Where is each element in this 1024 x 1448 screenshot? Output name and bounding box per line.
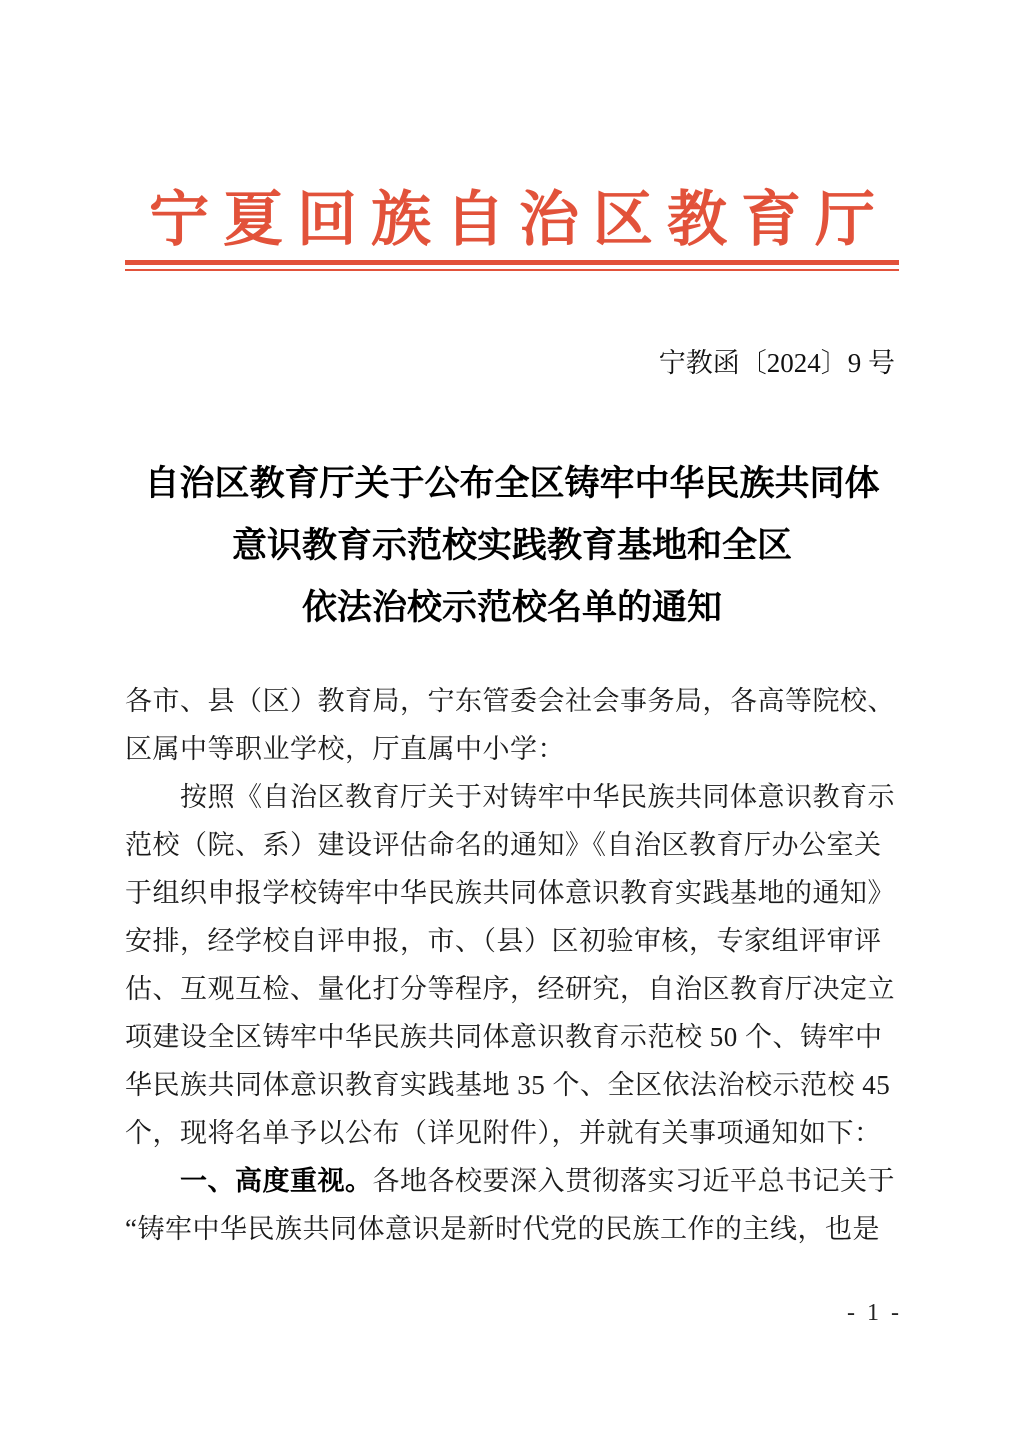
salutation-line: 各市、县（区）教育局，宁东管委会社会事务局，各高等院校、 — [125, 677, 899, 725]
document-title: 自治区教育厅关于公布全区铸牢中华民族共同体 意识教育示范校实践教育基地和全区 依… — [125, 453, 899, 639]
document-body: 各市、县（区）教育局，宁东管委会社会事务局，各高等院校、 区属中等职业学校，厅直… — [125, 677, 899, 1253]
salutation-line: 区属中等职业学校，厅直属中小学： — [125, 725, 899, 773]
paragraph-line: 项建设全区铸牢中华民族共同体意识教育示范校 50 个、铸牢中 — [125, 1013, 899, 1061]
paragraph-line: 安排，经学校自评申报，市、（县）区初验审核，专家组评审评 — [125, 917, 899, 965]
page-number: - 1 - — [847, 1300, 902, 1327]
document-page: 宁夏回族自治区教育厅 宁教函〔2024〕9 号 自治区教育厅关于公布全区铸牢中华… — [0, 0, 1024, 1448]
paragraph-line: 于组织申报学校铸牢中华民族共同体意识教育实践基地的通知》 — [125, 869, 899, 917]
paragraph-line: 按照《自治区教育厅关于对铸牢中华民族共同体意识教育示 — [125, 773, 899, 821]
paragraph-text: 各地各校要深入贯彻落实习近平总书记关于 — [373, 1166, 896, 1196]
letterhead-rule-thick — [125, 260, 899, 265]
section-heading-bold: 一、高度重视。 — [180, 1166, 373, 1196]
paragraph-line: 估、互观互检、量化打分等程序，经研究，自治区教育厅决定立 — [125, 965, 899, 1013]
letterhead-rule-thin — [125, 269, 899, 271]
agency-letterhead-title: 宁夏回族自治区教育厅 — [125, 183, 899, 257]
document-reference-number: 宁教函〔2024〕9 号 — [125, 345, 899, 381]
paragraph-line: 范校（院、系）建设评估命名的通知》《自治区教育厅办公室关 — [125, 821, 899, 869]
document-title-line-2: 意识教育示范校实践教育基地和全区 — [125, 515, 899, 577]
paragraph-line: 华民族共同体意识教育实践基地 35 个、全区依法治校示范校 45 — [125, 1061, 899, 1109]
document-title-line-1: 自治区教育厅关于公布全区铸牢中华民族共同体 — [125, 453, 899, 515]
paragraph-line: 一、高度重视。各地各校要深入贯彻落实习近平总书记关于 — [125, 1157, 899, 1205]
document-content: 宁夏回族自治区教育厅 宁教函〔2024〕9 号 自治区教育厅关于公布全区铸牢中华… — [125, 0, 899, 1253]
paragraph-line: “铸牢中华民族共同体意识是新时代党的民族工作的主线，也是 — [125, 1205, 899, 1253]
paragraph-line: 个，现将名单予以公布（详见附件），并就有关事项通知如下： — [125, 1109, 899, 1157]
document-title-line-3: 依法治校示范校名单的通知 — [125, 577, 899, 639]
